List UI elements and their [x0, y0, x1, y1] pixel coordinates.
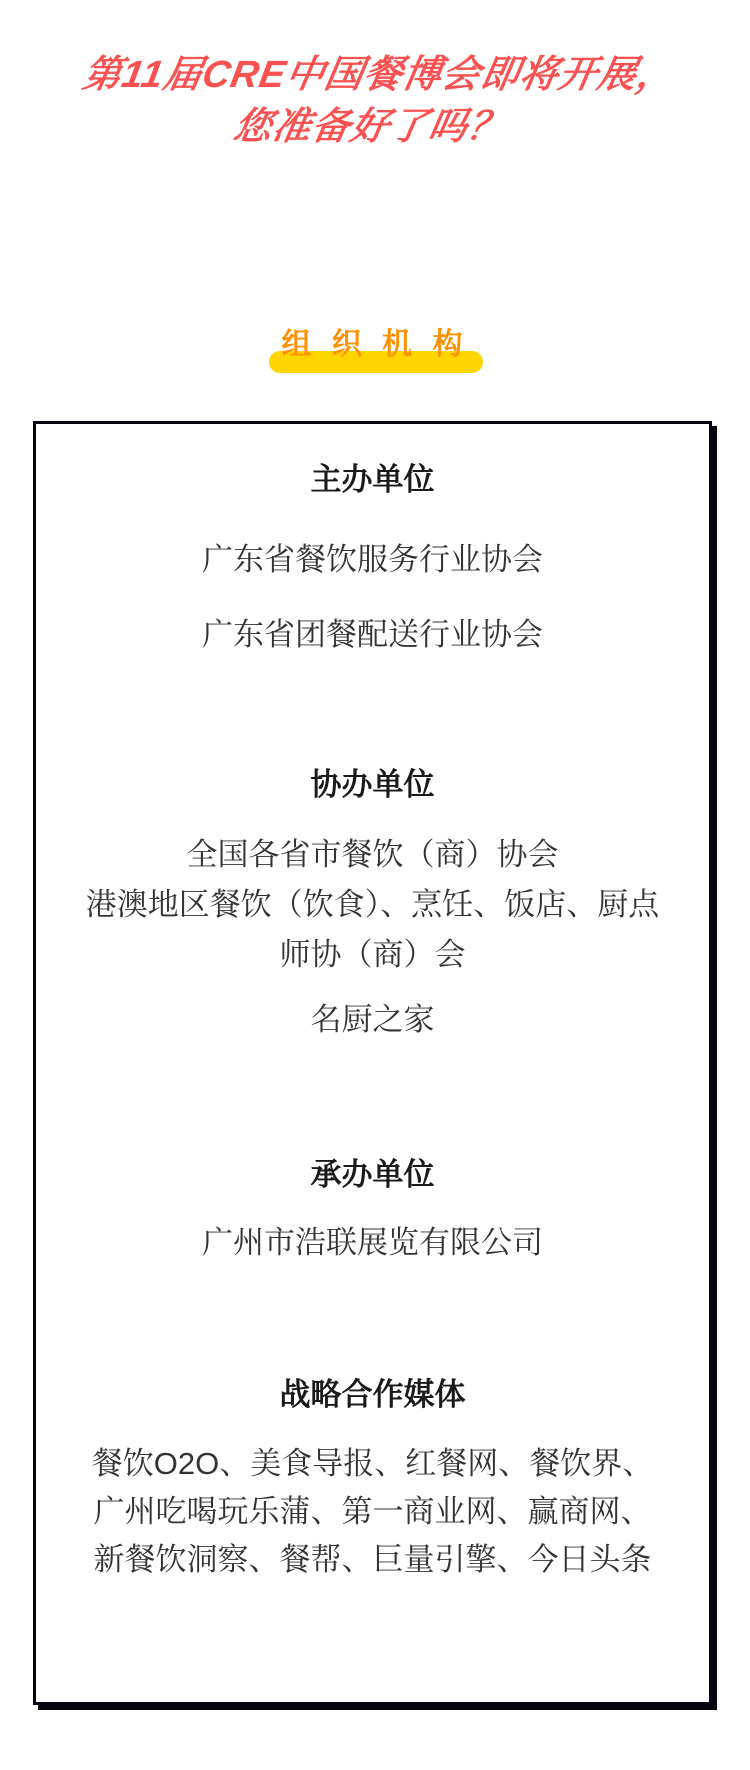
page-title-line-2: 您准备好了吗？: [0, 101, 750, 153]
org-section-coorganizer: 协办单位 全国各省市餐饮（商）协会 港澳地区餐饮（饮食）、烹饪、饭店、厨点师协（…: [62, 760, 683, 1045]
page-title-line-1: 第11届CRE中国餐博会即将开展，: [0, 49, 750, 101]
org-item: 名厨之家: [62, 995, 683, 1045]
org-item: 广州市浩联展览有限公司: [62, 1218, 683, 1268]
org-section-heading: 承办单位: [62, 1150, 683, 1200]
organization-box-content: 主办单位 广东省餐饮服务行业协会 广东省团餐配送行业协会 协办单位 全国各省市餐…: [36, 424, 709, 1584]
org-item: 港澳地区餐饮（饮食）、烹饪、饭店、厨点师协（商）会: [85, 880, 660, 980]
org-section-heading: 协办单位: [62, 760, 683, 810]
org-section-host: 主办单位 广东省餐饮服务行业协会 广东省团餐配送行业协会: [62, 455, 683, 660]
page-title: 第11届CRE中国餐博会即将开展， 您准备好了吗？: [0, 49, 750, 153]
org-item: 全国各省市餐饮（商）协会: [62, 830, 683, 880]
org-item: 广东省团餐配送行业协会: [62, 610, 683, 660]
org-section-heading: 战略合作媒体: [62, 1370, 683, 1420]
org-item: 广东省餐饮服务行业协会: [62, 535, 683, 585]
org-section-heading: 主办单位: [62, 455, 683, 505]
page-root: { "header": { "title_line1": "第11届CRE中国餐…: [0, 0, 750, 1770]
section-title-text: 组 织 机 构: [281, 328, 468, 361]
section-title: 组 织 机 构: [0, 327, 750, 363]
organization-box: 主办单位 广东省餐饮服务行业协会 广东省团餐配送行业协会 协办单位 全国各省市餐…: [33, 421, 712, 1705]
org-item: 餐饮O2O、美食导报、红餐网、餐饮界、广州吃喝玩乐蒲、第一商业网、赢商网、新餐饮…: [85, 1440, 660, 1584]
section-title-inner: 组 织 机 构: [281, 327, 468, 363]
org-section-media: 战略合作媒体 餐饮O2O、美食导报、红餐网、餐饮界、广州吃喝玩乐蒲、第一商业网、…: [62, 1370, 683, 1584]
org-section-undertaker: 承办单位 广州市浩联展览有限公司: [62, 1150, 683, 1268]
